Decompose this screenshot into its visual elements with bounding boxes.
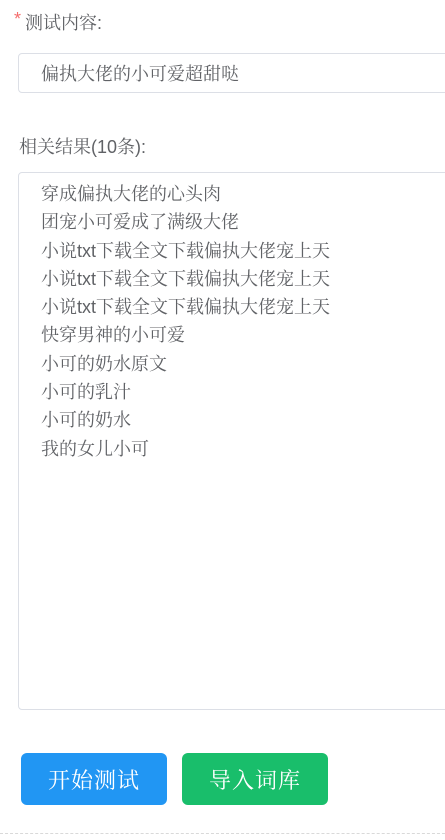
- test-content-input[interactable]: [18, 53, 445, 93]
- results-textarea[interactable]: [18, 172, 445, 710]
- test-content-label-text: 测试内容:: [25, 13, 102, 33]
- word-test-panel: *测试内容: 相关结果(10条): 开始测试 导入词库: [0, 0, 445, 840]
- dashed-divider: [0, 833, 445, 834]
- start-test-button[interactable]: 开始测试: [21, 753, 167, 805]
- test-content-label: *测试内容:: [14, 9, 102, 35]
- required-asterisk: *: [14, 9, 21, 29]
- related-results-label: 相关结果(10条):: [19, 133, 146, 159]
- import-dict-button[interactable]: 导入词库: [182, 753, 328, 805]
